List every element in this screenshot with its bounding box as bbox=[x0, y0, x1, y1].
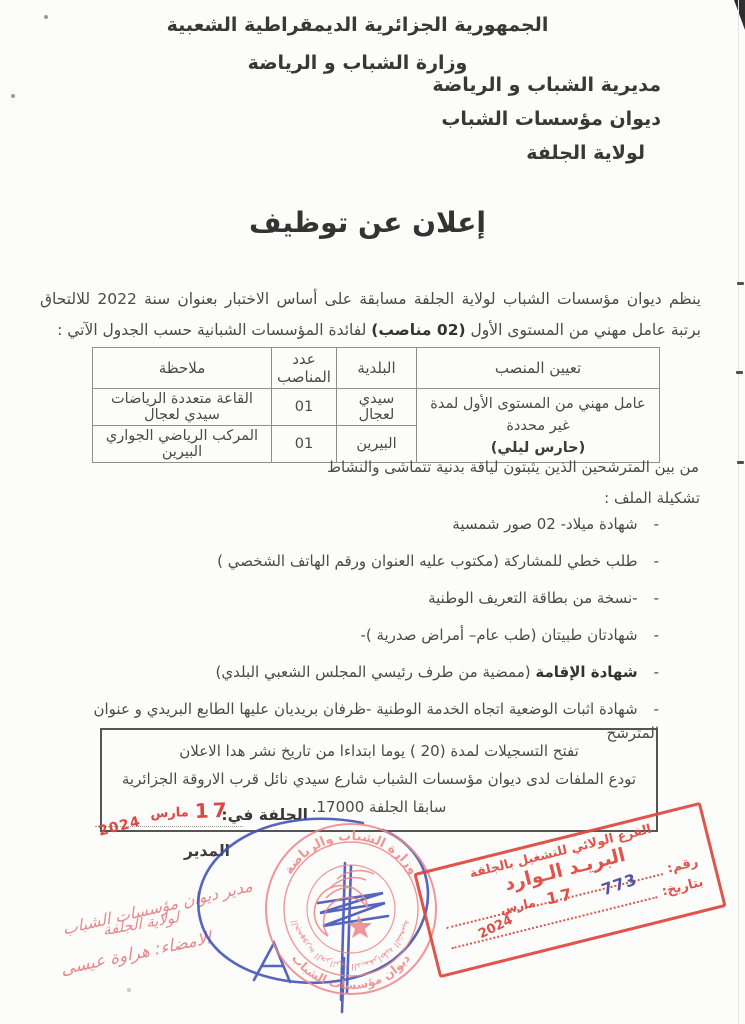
office-heading: ديوان مؤسسات الشباب bbox=[441, 108, 661, 130]
position-title: عامل مهني من المستوى الأول لمدة غير محدد… bbox=[421, 393, 655, 437]
table-row: عامل مهني من المستوى الأول لمدة غير محدد… bbox=[93, 389, 660, 426]
position-cell: عامل مهني من المستوى الأول لمدة غير محدد… bbox=[417, 389, 660, 463]
list-item: --نسخة من بطاقة التعريف الوطنية bbox=[60, 586, 659, 610]
dash-bullet-icon: - bbox=[654, 623, 659, 647]
dash-bullet-icon: - bbox=[654, 697, 659, 721]
municipality-cell: سيدي لعجال bbox=[337, 389, 417, 426]
rect-stamp-date-year: 2024 bbox=[476, 913, 515, 942]
col-header-municipality: البلدية bbox=[337, 348, 417, 389]
ministry-heading: وزارة الشباب و الرياضة bbox=[0, 52, 715, 74]
list-item: -شهادة الإقامة (ممضية من طرف رئيسي المجل… bbox=[60, 660, 659, 684]
list-item: -شهادة ميلاد- 02 صور شمسية bbox=[60, 512, 659, 536]
requirement-text: (ممضية من طرف رئيسي المجلس الشعبي البلدي… bbox=[216, 663, 536, 681]
intro-text-after: لفائدة المؤسسات الشبانية حسب الجدول الآت… bbox=[57, 321, 371, 339]
intro-positions-count: (02 مناصب) bbox=[371, 321, 465, 339]
dash-bullet-icon: - bbox=[654, 586, 659, 610]
scan-speck bbox=[127, 988, 131, 992]
scan-edge-dash bbox=[736, 371, 743, 374]
algeria-emblem-icon bbox=[314, 871, 374, 938]
col-header-note: ملاحظة bbox=[93, 348, 272, 389]
requirements-intro: من بين المترشحين الذين يثبتون لياقة بدني… bbox=[327, 458, 699, 476]
note-cell: القاعة متعددة الرياضات سيدي لعجال bbox=[93, 389, 272, 426]
intro-paragraph: ينظم ديوان مؤسسات الشباب لولاية الجلفة م… bbox=[40, 284, 701, 346]
list-item: -طلب خطي للمشاركة (مكتوب عليه العنوان ور… bbox=[60, 549, 659, 573]
municipality-cell: البيرين bbox=[337, 426, 417, 463]
requirement-text: شهادة ميلاد- 02 صور شمسية bbox=[452, 515, 637, 533]
count-cell: 01 bbox=[272, 389, 337, 426]
page-title: إعلان عن توظيف bbox=[0, 206, 735, 239]
scanned-job-announcement-document: الجمهورية الجزائرية الديمقراطية الشعبية … bbox=[0, 0, 745, 1024]
scan-edge-dash bbox=[737, 282, 744, 285]
round-stamp-outer-top-text: وزارة الشباب والرياضة bbox=[281, 829, 420, 878]
wilaya-heading: لولاية الجلفة bbox=[526, 142, 645, 164]
table-header-row: تعيين المنصب البلدية عدد المناصب ملاحظة bbox=[93, 348, 660, 389]
positions-table: تعيين المنصب البلدية عدد المناصب ملاحظة … bbox=[92, 347, 660, 463]
requirement-text: طلب خطي للمشاركة (مكتوب عليه العنوان ورق… bbox=[217, 552, 637, 570]
date-stamp-year: 2024 bbox=[97, 814, 143, 840]
dash-bullet-icon: - bbox=[654, 660, 659, 684]
svg-text:وزارة الشباب والرياضة: وزارة الشباب والرياضة bbox=[281, 829, 420, 878]
list-item: -شهادتان طبيتان (طب عام– أمراض صدرية )- bbox=[60, 623, 659, 647]
requirement-bold: شهادة الإقامة bbox=[535, 663, 637, 681]
scan-speck bbox=[44, 15, 48, 19]
requirement-text: شهادتان طبيتان (طب عام– أمراض صدرية )- bbox=[360, 626, 637, 644]
notice-line-1: تفتح التسجيلات لمدة (20 ) يوما ابتداءا م… bbox=[110, 737, 648, 765]
position-subtitle: (حارس ليلي) bbox=[421, 437, 655, 459]
rect-stamp-date-label: بتاريخ: bbox=[660, 875, 704, 900]
round-stamp-outer-bottom-text: ديوان مؤسسات الشباب bbox=[289, 951, 413, 992]
note-cell: المركب الرياضي الجواري البيرين bbox=[93, 426, 272, 463]
col-header-position: تعيين المنصب bbox=[417, 348, 660, 389]
svg-text:ديوان مؤسسات الشباب: ديوان مؤسسات الشباب bbox=[289, 951, 413, 992]
scan-speck bbox=[11, 94, 15, 98]
col-header-count: عدد المناصب bbox=[272, 348, 337, 389]
requirements-list: -شهادة ميلاد- 02 صور شمسية -طلب خطي للمش… bbox=[60, 512, 659, 758]
round-official-stamp: وزارة الشباب والرياضة ديوان مؤسسات الشبا… bbox=[262, 820, 440, 998]
scan-edge-dash bbox=[737, 461, 744, 464]
dash-bullet-icon: - bbox=[654, 549, 659, 573]
file-composition-label: تشكيلة الملف : bbox=[604, 489, 700, 507]
republic-heading: الجمهورية الجزائرية الديمقراطية الشعبية bbox=[0, 14, 715, 36]
scan-corner-mark bbox=[734, 0, 745, 30]
count-cell: 01 bbox=[272, 426, 337, 463]
requirement-text: -نسخة من بطاقة التعريف الوطنية bbox=[428, 589, 637, 607]
directorate-heading: مديرية الشباب و الرياضة bbox=[432, 74, 661, 96]
dash-bullet-icon: - bbox=[654, 512, 659, 536]
scan-edge-line bbox=[738, 0, 739, 1024]
